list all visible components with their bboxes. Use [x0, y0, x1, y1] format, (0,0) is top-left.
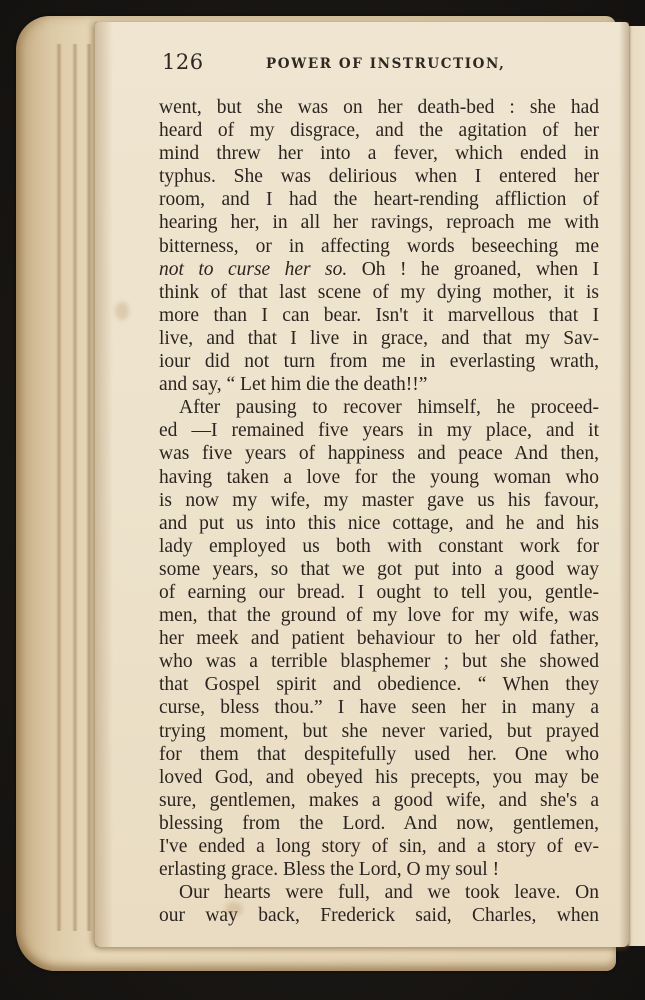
page-number: 126	[162, 50, 204, 74]
text-line: for them that despitefully used her. One…	[159, 743, 599, 766]
text-line: and say, “ Let him die the death!!”	[159, 373, 599, 396]
text-line: our way back, Frederick said, Charles, w…	[159, 904, 599, 927]
text-line: iour did not turn from me in everlasting…	[159, 350, 599, 373]
book-page: 126 POWER OF INSTRUCTION, went, but she …	[95, 22, 629, 947]
text-line: bitterness, or in affecting words beseec…	[159, 235, 599, 258]
text-line: that Gospel spirit and obedience. “ When…	[159, 673, 599, 696]
page-edge-line	[86, 44, 92, 931]
paper-stain	[115, 302, 129, 320]
text-line: curse, bless thou.” I have seen her in m…	[159, 696, 599, 719]
text-line: is now my wife, my master gave us his fa…	[159, 489, 599, 512]
scan-background: 126 POWER OF INSTRUCTION, went, but she …	[0, 0, 645, 1000]
paragraph-start-line: After pausing to recover himself, he pro…	[159, 396, 599, 419]
body-text: went, but she was on her death-bed : she…	[159, 96, 599, 927]
text-line: more than I can bear. Isn't it marvellou…	[159, 304, 599, 327]
text-line: men, that the ground of my love for my w…	[159, 604, 599, 627]
text-line: think of that last scene of my dying mot…	[159, 281, 599, 304]
text-line: not to curse her so. Oh ! he groaned, wh…	[159, 258, 599, 281]
text-line: was five years of happiness and peace An…	[159, 442, 599, 465]
text-line: hearing her, in all her ravings, reproac…	[159, 211, 599, 234]
text-line: sure, gentlemen, makes a good wife, and …	[159, 789, 599, 812]
text-line: loved God, and obeyed his precepts, you …	[159, 766, 599, 789]
text-line: ed —I remained five years in my place, a…	[159, 419, 599, 442]
paragraph-start-line: Our hearts were full, and we took leave.…	[159, 881, 599, 904]
text-line: some years, so that we got put into a go…	[159, 558, 599, 581]
text-line-rest: Oh ! he groaned, when I	[347, 259, 599, 280]
text-line: room, and I had the heart-rending afflic…	[159, 188, 599, 211]
text-line: having taken a love for the young woman …	[159, 466, 599, 489]
text-line: her meek and patient behaviour to her ol…	[159, 627, 599, 650]
text-line: I've ended a long story of sin, and a st…	[159, 835, 599, 858]
running-head-title: POWER OF INSTRUCTION,	[266, 56, 505, 72]
text-line: and put us into this nice cottage, and h…	[159, 512, 599, 535]
page-edge-line	[72, 44, 78, 931]
text-line: typhus. She was delirious when I entered…	[159, 165, 599, 188]
text-line: erlasting grace. Bless the Lord, O my so…	[159, 858, 599, 881]
page-edge-line	[56, 44, 62, 931]
text-line: who was a terrible blasphemer ; but she …	[159, 650, 599, 673]
running-header: 126 POWER OF INSTRUCTION,	[162, 50, 602, 80]
text-line: trying moment, but she never varied, but…	[159, 720, 599, 743]
text-line: mind threw her into a fever, which ended…	[159, 142, 599, 165]
italic-quote: not to curse her so.	[159, 259, 347, 280]
text-line: blessing from the Lord. And now, gentlem…	[159, 812, 599, 835]
text-line: of earning our bread. I ought to tell yo…	[159, 581, 599, 604]
text-line: went, but she was on her death-bed : she…	[159, 96, 599, 119]
text-line: heard of my disgrace, and the agitation …	[159, 119, 599, 142]
text-line: live, and that I live in grace, and that…	[159, 327, 599, 350]
text-line: lady employed us both with constant work…	[159, 535, 599, 558]
